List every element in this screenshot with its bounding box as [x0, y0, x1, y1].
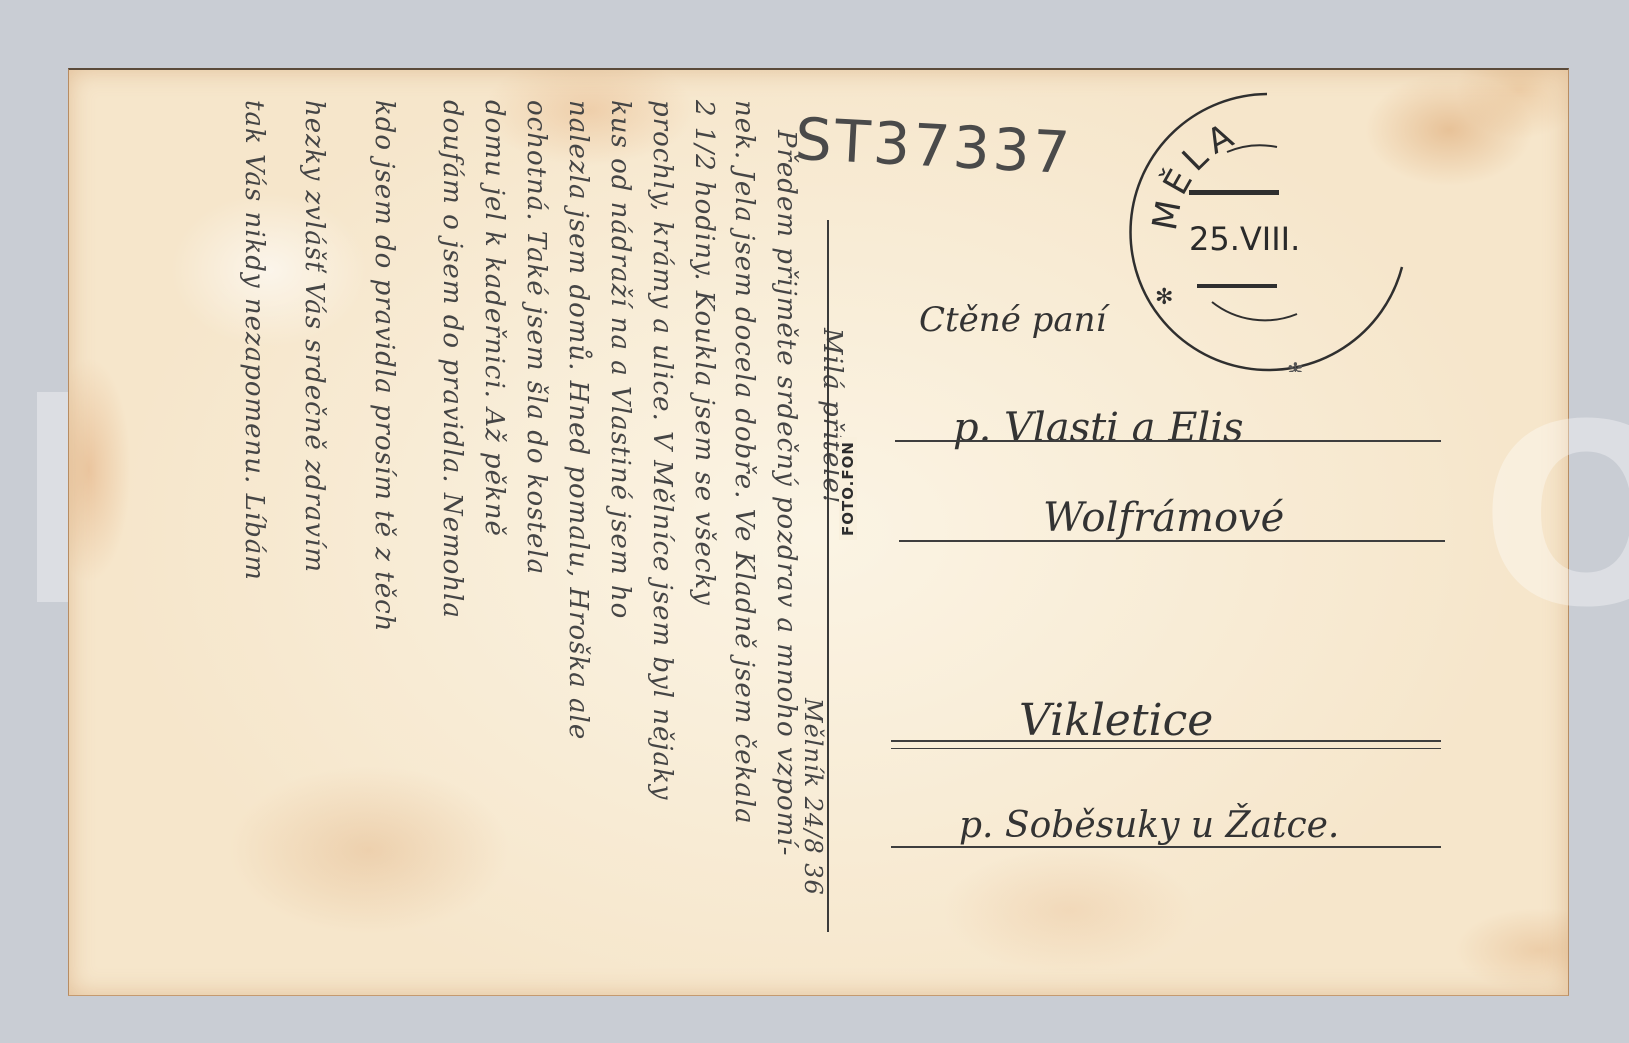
address-line — [899, 540, 1445, 542]
message-line: prochly, krámy a ulice. V Mělníce jsem b… — [647, 100, 677, 800]
publisher-imprint: FOTO.FON — [839, 437, 857, 540]
message-line: hezky zvlášť Vás srdečně zdravím — [299, 100, 329, 573]
message-line: 2 1/2 hodiny. Koukla jsem se všecky — [689, 100, 719, 606]
divider-line — [827, 220, 829, 932]
address-line — [895, 440, 1441, 442]
inventory-number: ST37337 — [793, 105, 1074, 187]
address-post-office: p. Soběsuky u Žatce. — [959, 805, 1339, 846]
postmark-date: 25.VIII. — [1189, 220, 1300, 258]
address-town: Vikletice — [1019, 695, 1213, 746]
svg-text:MĚLA: MĚLA — [1145, 114, 1245, 234]
message-line: ochotná. Také jsem šla do kostela — [521, 100, 551, 575]
watermark-right: O — [1480, 392, 1629, 642]
message-line: kus od nádraží na a Vlastiné jsem ho — [605, 100, 635, 619]
message-line: nek. Jela jsem docela dobře. Ve Kladně j… — [729, 100, 759, 825]
message-line: Předem přijměte srdečný pozdrav a mnoho … — [771, 130, 801, 856]
message-line: doufám o jsem do pravidla. Nemohla — [437, 100, 467, 619]
postmark-town: MĚLA — [1145, 114, 1245, 234]
address-line — [891, 740, 1441, 742]
address-line — [891, 846, 1441, 848]
postmark-star-icon: ✻ — [1155, 285, 1173, 310]
postmark: MĚLA 25.VIII. ✻ ✻ — [1127, 92, 1407, 372]
address-surname: Wolfrámové — [1043, 495, 1284, 541]
message-line: nalezla jsem domů. Hned pomalu, Hroška a… — [563, 100, 593, 740]
message-line: tak Vás nikdy nezapomenu. Líbám — [239, 100, 269, 581]
message-place-date: Mělník 24/8 36 — [799, 698, 827, 896]
address-line — [891, 748, 1441, 749]
message-line: kdo jsem do pravidla prosím tě z těch — [369, 100, 399, 632]
postcard: Milá přítelé! Předem přijměte srdečný po… — [68, 68, 1569, 996]
address-recipient: p. Vlasti a Elis — [953, 405, 1244, 451]
message-line: domu jel k kadeřnici. Až pěkně — [479, 100, 509, 537]
address-salutation: Ctěné paní — [919, 300, 1106, 340]
postmark-star-icon: ✻ — [1287, 358, 1304, 372]
